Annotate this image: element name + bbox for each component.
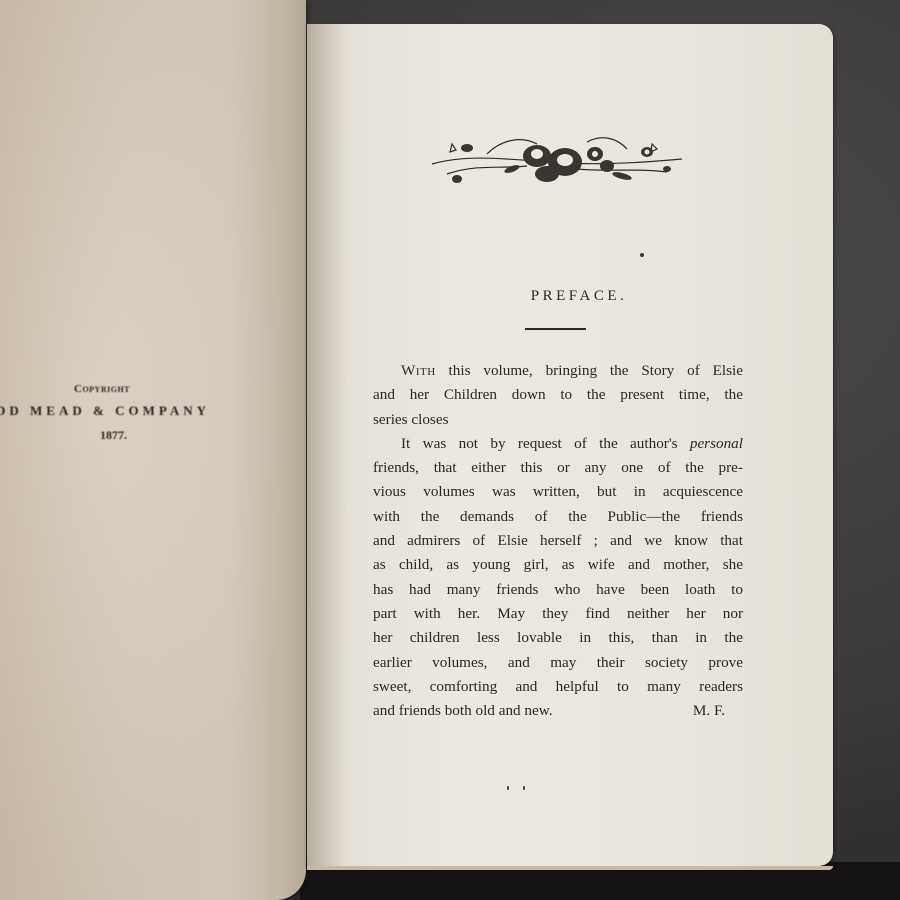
- text-line: part with her. May they find neither her…: [373, 602, 743, 626]
- text-line: sweet, comforting and helpful to many re…: [373, 675, 743, 699]
- italic-word: personal: [690, 435, 743, 452]
- preface-body: With this volume, bringing the Story of …: [373, 359, 743, 723]
- line-text: It was not by request of the author's: [401, 435, 690, 452]
- right-page-recto: PREFACE. With this volume, bringing the …: [307, 24, 833, 866]
- page-title: PREFACE.: [307, 288, 833, 305]
- text-line: vious volumes was written, but in acquie…: [373, 480, 743, 504]
- closing-row: and friends both old and new. M. F.: [373, 699, 743, 723]
- title-divider: [525, 328, 586, 330]
- author-signature: M. F.: [693, 699, 743, 723]
- copyright-label: Copyright: [74, 383, 130, 395]
- paragraph-2: It was not by request of the author's pe…: [373, 432, 743, 724]
- text-line: her children less lovable in this, than …: [373, 626, 743, 650]
- copyright-year: 1877.: [100, 428, 127, 443]
- drop-word: With: [401, 362, 436, 379]
- text-line: earlier volumes, and may their society p…: [373, 651, 743, 675]
- text-line: as child, as young girl, as wife and mot…: [373, 553, 743, 577]
- ink-speck: [507, 786, 509, 790]
- text-line: and admirers of Elsie herself ; and we k…: [373, 529, 743, 553]
- ink-speck: [640, 253, 644, 257]
- text-line: has had many friends who have been loath…: [373, 578, 743, 602]
- left-page-verso: Copyright DD MEAD & COMPANY 1877.: [0, 0, 306, 900]
- floral-ornament-icon: [427, 124, 687, 194]
- text-line: series closes: [373, 408, 743, 432]
- text-line: and her Children down to the present tim…: [373, 383, 743, 407]
- copyright-publisher: DD MEAD & COMPANY: [0, 403, 210, 419]
- text-line: With this volume, bringing the Story of …: [373, 359, 743, 383]
- paragraph-1: With this volume, bringing the Story of …: [373, 359, 743, 432]
- text-line: It was not by request of the author's pe…: [373, 432, 743, 456]
- line-text: this volume, bringing the Story of Elsie: [436, 362, 743, 379]
- ink-speck: [523, 786, 525, 790]
- text-line: friends, that either this or any one of …: [373, 456, 743, 480]
- text-line: and friends both old and new.: [373, 699, 553, 723]
- text-line: with the demands of the Public—the frien…: [373, 505, 743, 529]
